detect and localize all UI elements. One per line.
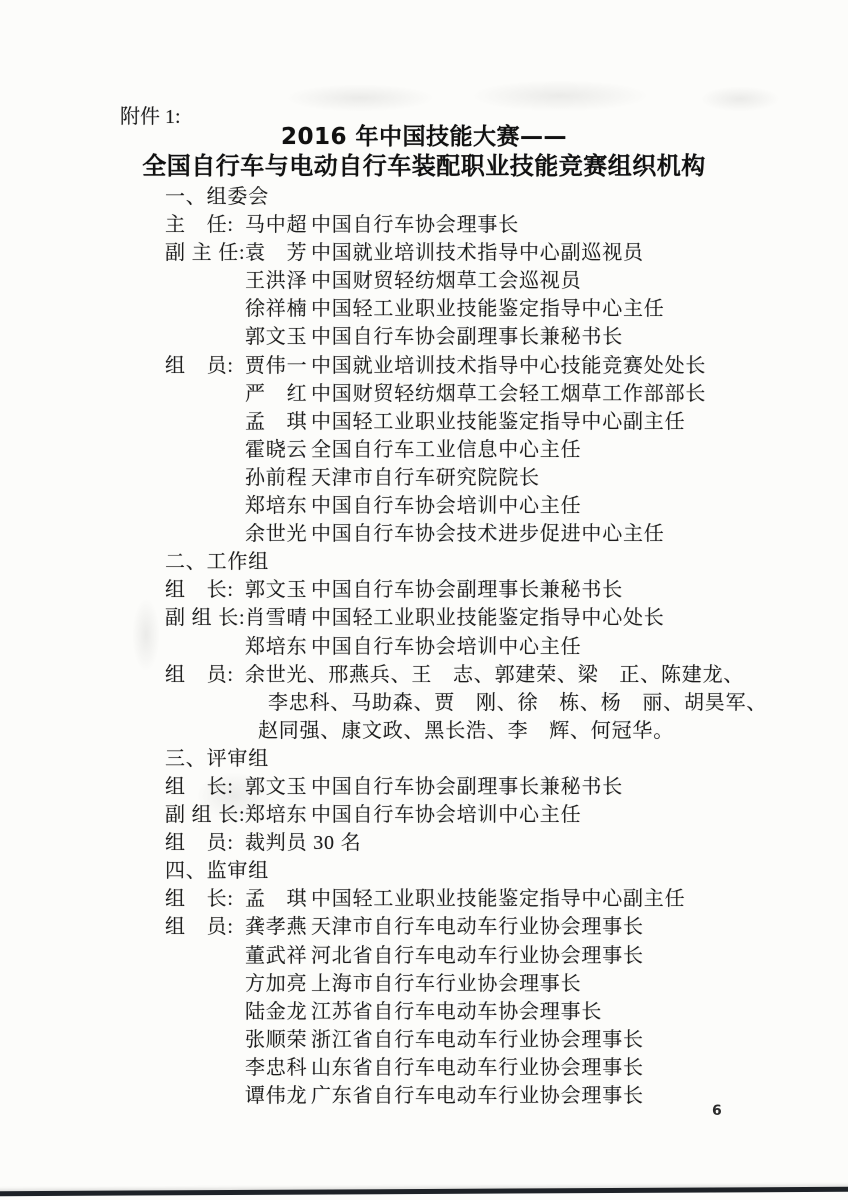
org-row-members: 组 员: 裁判员 30 名 (165, 829, 815, 857)
org-row-members: 赵同强、康文政、黑长浩、李 辉、何冠华。 (165, 717, 815, 745)
org-row: 副 主 任: 袁 芳 中国就业培训技术指导中心副巡视员 (165, 239, 815, 267)
scan-artifact (470, 80, 650, 112)
person-name: 严 红 (245, 380, 311, 408)
person-name: 龚孝燕 (245, 913, 311, 941)
org-row: 霍晓云 全国自行车工业信息中心主任 (165, 436, 815, 464)
role-label (165, 970, 245, 998)
role-label (165, 689, 245, 717)
person-name: 郑培东 (245, 801, 311, 829)
members-run-text: 李忠科、马助森、贾 刚、徐 栋、杨 丽、胡昊军、 (245, 689, 767, 717)
role-label: 主 任: (165, 211, 245, 239)
person-title: 江苏省自行车电动车协会理事长 (311, 998, 602, 1026)
person-title: 中国自行车协会副理事长兼秘书长 (311, 323, 623, 351)
role-label (165, 633, 245, 661)
org-row: 副 组 长: 肖雪晴 中国轻工业职业技能鉴定指导中心处长 (165, 604, 815, 632)
scan-artifact (285, 84, 435, 112)
page-number: 6 (712, 1103, 722, 1119)
role-label (165, 436, 245, 464)
person-name: 谭伟龙 (245, 1082, 311, 1110)
role-label (165, 998, 245, 1026)
role-label: 组 长: (165, 885, 245, 913)
role-label (165, 408, 245, 436)
section-heading: 一、组委会 (165, 183, 815, 211)
org-row: 孟 琪 中国轻工业职业技能鉴定指导中心副主任 (165, 408, 815, 436)
person-name: 董武祥 (245, 942, 311, 970)
org-row: 主 任: 马中超 中国自行车协会理事长 (165, 211, 815, 239)
person-name: 孟 琪 (245, 885, 311, 913)
role-label: 组 员: (165, 661, 245, 689)
person-title: 中国轻工业职业技能鉴定指导中心副主任 (311, 885, 685, 913)
role-label (165, 492, 245, 520)
org-row: 孙前程 天津市自行车研究院院长 (165, 464, 815, 492)
role-label: 组 长: (165, 576, 245, 604)
person-name: 陆金龙 (245, 998, 311, 1026)
person-name: 徐祥楠 (245, 295, 311, 323)
org-row: 严 红 中国财贸轻纺烟草工会轻工烟草工作部部长 (165, 380, 815, 408)
role-label: 组 长: (165, 773, 245, 801)
role-label (165, 295, 245, 323)
person-title: 浙江省自行车电动车行业协会理事长 (311, 1026, 644, 1054)
person-title: 中国财贸轻纺烟草工会巡视员 (311, 267, 581, 295)
members-run-text: 裁判员 30 名 (245, 829, 361, 857)
person-name: 孙前程 (245, 464, 311, 492)
role-label (165, 1054, 245, 1082)
members-run-text: 赵同强、康文政、黑长浩、李 辉、何冠华。 (245, 717, 674, 745)
person-name: 李忠科 (245, 1054, 311, 1082)
org-row: 组 长: 郭文玉 中国自行车协会副理事长兼秘书长 (165, 576, 815, 604)
person-title: 全国自行车工业信息中心主任 (311, 436, 581, 464)
section-heading: 二、工作组 (165, 548, 815, 576)
person-title: 中国财贸轻纺烟草工会轻工烟草工作部部长 (311, 380, 706, 408)
role-label: 副 组 长: (165, 801, 245, 829)
role-label: 组 员: (165, 352, 245, 380)
person-title: 中国轻工业职业技能鉴定指导中心处长 (311, 604, 665, 632)
document-page: 附件 1: 2016 年中国技能大赛—— 全国自行车与电动自行车装配职业技能竞赛… (0, 0, 848, 1200)
org-row: 组 长: 郭文玉 中国自行车协会副理事长兼秘书长 (165, 773, 815, 801)
org-row: 徐祥楠 中国轻工业职业技能鉴定指导中心主任 (165, 295, 815, 323)
person-title: 中国自行车协会副理事长兼秘书长 (311, 773, 623, 801)
person-name: 余世光 (245, 520, 311, 548)
section-heading: 三、评审组 (165, 745, 815, 773)
org-row: 王洪泽 中国财贸轻纺烟草工会巡视员 (165, 267, 815, 295)
person-name: 郭文玉 (245, 323, 311, 351)
org-row: 余世光 中国自行车协会技术进步促进中心主任 (165, 520, 815, 548)
role-label (165, 323, 245, 351)
org-row: 组 员: 龚孝燕 天津市自行车电动车行业协会理事长 (165, 913, 815, 941)
org-row: 组 员: 贾伟一 中国就业培训技术指导中心技能竞赛处处长 (165, 352, 815, 380)
person-name: 袁 芳 (245, 239, 311, 267)
person-title: 山东省自行车电动车行业协会理事长 (311, 1054, 644, 1082)
role-label (165, 267, 245, 295)
person-name: 马中超 (245, 211, 311, 239)
role-label: 组 员: (165, 829, 245, 857)
org-row-members: 李忠科、马助森、贾 刚、徐 栋、杨 丽、胡昊军、 (165, 689, 815, 717)
role-label (165, 1082, 245, 1110)
role-label: 副 主 任: (165, 239, 245, 267)
org-row: 郑培东 中国自行车协会培训中心主任 (165, 633, 815, 661)
person-title: 中国就业培训技术指导中心技能竞赛处处长 (311, 352, 706, 380)
role-label: 组 员: (165, 913, 245, 941)
scan-artifact (700, 86, 780, 112)
person-name: 霍晓云 (245, 436, 311, 464)
person-name: 王洪泽 (245, 267, 311, 295)
members-run-text: 余世光、邢燕兵、王 志、郭建荣、梁 正、陈建龙、 (245, 661, 744, 689)
person-name: 肖雪晴 (245, 604, 311, 632)
person-title: 河北省自行车电动车行业协会理事长 (311, 942, 644, 970)
person-title: 广东省自行车电动车行业协会理事长 (311, 1082, 644, 1110)
person-title: 中国自行车协会培训中心主任 (311, 633, 581, 661)
scan-artifact (132, 598, 160, 672)
org-row: 李忠科 山东省自行车电动车行业协会理事长 (165, 1054, 815, 1082)
org-row: 方加亮 上海市自行车行业协会理事长 (165, 970, 815, 998)
person-name: 郭文玉 (245, 576, 311, 604)
person-name: 孟 琪 (245, 408, 311, 436)
person-title: 中国轻工业职业技能鉴定指导中心主任 (311, 295, 665, 323)
role-label (165, 717, 245, 745)
person-name: 方加亮 (245, 970, 311, 998)
person-title: 中国自行车协会副理事长兼秘书长 (311, 576, 623, 604)
org-row: 组 长: 孟 琪 中国轻工业职业技能鉴定指导中心副主任 (165, 885, 815, 913)
person-name: 郭文玉 (245, 773, 311, 801)
person-title: 天津市自行车研究院院长 (311, 464, 540, 492)
org-structure-list: 一、组委会 主 任: 马中超 中国自行车协会理事长 副 主 任: 袁 芳 中国就… (165, 183, 815, 1110)
person-title: 中国自行车协会培训中心主任 (311, 801, 581, 829)
person-title: 中国自行车协会理事长 (311, 211, 519, 239)
person-title: 上海市自行车行业协会理事长 (311, 970, 581, 998)
org-row: 郑培东 中国自行车协会培训中心主任 (165, 492, 815, 520)
person-title: 天津市自行车电动车行业协会理事长 (311, 913, 644, 941)
section-heading: 四、监审组 (165, 857, 815, 885)
org-row: 董武祥 河北省自行车电动车行业协会理事长 (165, 942, 815, 970)
org-row: 郭文玉 中国自行车协会副理事长兼秘书长 (165, 323, 815, 351)
org-row: 张顺荣 浙江省自行车电动车行业协会理事长 (165, 1026, 815, 1054)
document-title-line2: 全国自行车与电动自行车装配职业技能竞赛组织机构 (0, 152, 848, 181)
person-title: 中国自行车协会培训中心主任 (311, 492, 581, 520)
document-title-line1: 2016 年中国技能大赛—— (0, 123, 848, 152)
org-row: 副 组 长: 郑培东 中国自行车协会培训中心主任 (165, 801, 815, 829)
person-name: 贾伟一 (245, 352, 311, 380)
role-label: 副 组 长: (165, 604, 245, 632)
person-name: 郑培东 (245, 492, 311, 520)
scan-edge-line (0, 1187, 848, 1197)
document-title: 2016 年中国技能大赛—— 全国自行车与电动自行车装配职业技能竞赛组织机构 (0, 123, 848, 181)
role-label (165, 464, 245, 492)
role-label (165, 942, 245, 970)
person-title: 中国轻工业职业技能鉴定指导中心副主任 (311, 408, 685, 436)
role-label (165, 1026, 245, 1054)
org-row-members: 组 员: 余世光、邢燕兵、王 志、郭建荣、梁 正、陈建龙、 (165, 661, 815, 689)
person-name: 郑培东 (245, 633, 311, 661)
person-name: 张顺荣 (245, 1026, 311, 1054)
person-title: 中国自行车协会技术进步促进中心主任 (311, 520, 665, 548)
role-label (165, 380, 245, 408)
org-row: 陆金龙 江苏省自行车电动车协会理事长 (165, 998, 815, 1026)
person-title: 中国就业培训技术指导中心副巡视员 (311, 239, 644, 267)
role-label (165, 520, 245, 548)
